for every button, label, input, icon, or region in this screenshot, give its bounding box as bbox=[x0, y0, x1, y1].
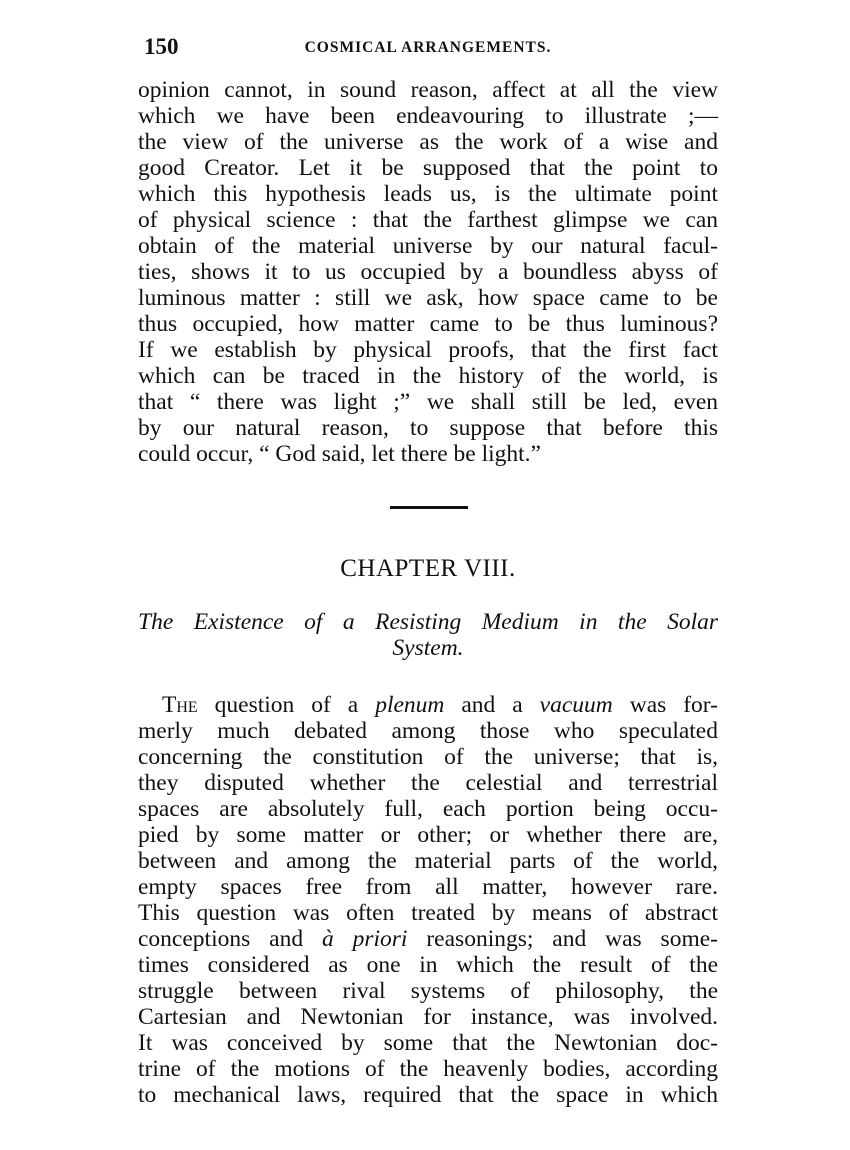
text-line: that “ there was light ;” we shall still… bbox=[138, 389, 718, 415]
text-line: which we have been endeavouring to illus… bbox=[138, 103, 718, 129]
text-line: If we establish by physical proofs, that… bbox=[138, 337, 718, 363]
section-divider-rule bbox=[390, 506, 468, 509]
text-line-first: The question of a plenum and a vacuum wa… bbox=[138, 692, 718, 718]
chapter-subtitle-line-2: System. bbox=[138, 635, 718, 661]
text-line: It was conceived by some that the Newton… bbox=[138, 1030, 718, 1056]
text-line: trine of the motions of the heavenly bod… bbox=[138, 1056, 718, 1082]
text-line: merly much debated among those who specu… bbox=[138, 718, 718, 744]
text-line-apriori: conceptions and à priori reasonings; and… bbox=[138, 926, 718, 952]
text-span: was for- bbox=[613, 692, 718, 718]
italic-term: à priori bbox=[322, 926, 408, 952]
text-span: reasonings; and was some- bbox=[407, 926, 718, 952]
text-line: obtain of the material universe by our n… bbox=[138, 233, 718, 259]
text-span: question of a bbox=[198, 692, 376, 718]
text-line: which this hypothesis leads us, is the u… bbox=[138, 181, 718, 207]
text-line: the view of the universe as the work of … bbox=[138, 129, 718, 155]
text-line: spaces are absolutely full, each portion… bbox=[138, 796, 718, 822]
text-line: pied by some matter or other; or whether… bbox=[138, 822, 718, 848]
text-line: of physical science : that the farthest … bbox=[138, 207, 718, 233]
text-span: conceptions and bbox=[138, 926, 322, 952]
text-line: they disputed whether the celestial and … bbox=[138, 770, 718, 796]
running-title: COSMICAL ARRANGEMENTS. bbox=[138, 39, 718, 57]
text-line: could occur, “ God said, let there be li… bbox=[138, 441, 718, 467]
italic-term: vacuum bbox=[540, 692, 613, 718]
text-line: thus occupied, how matter came to be thu… bbox=[138, 311, 718, 337]
text-line: opinion cannot, in sound reason, affect … bbox=[138, 77, 718, 103]
italic-term: plenum bbox=[375, 692, 444, 718]
text-span: and a bbox=[444, 692, 539, 718]
chapter-title: CHAPTER VIII. bbox=[138, 555, 718, 583]
text-line: by our natural reason, to suppose that b… bbox=[138, 415, 718, 441]
text-line: concerning the constitution of the unive… bbox=[138, 744, 718, 770]
chapter-subtitle-line-1: The Existence of a Resisting Medium in t… bbox=[138, 609, 718, 635]
drop-word: The bbox=[162, 692, 198, 718]
text-line: Cartesian and Newtonian for instance, wa… bbox=[138, 1004, 718, 1030]
text-line: which can be traced in the history of th… bbox=[138, 363, 718, 389]
text-line: struggle between rival systems of philos… bbox=[138, 978, 718, 1004]
running-head: 150 COSMICAL ARRANGEMENTS. bbox=[138, 34, 718, 64]
text-line: luminous matter : still we ask, how spac… bbox=[138, 285, 718, 311]
text-line: times considered as one in which the res… bbox=[138, 952, 718, 978]
text-line: empty spaces free from all matter, howev… bbox=[138, 874, 718, 900]
text-line: to mechanical laws, required that the sp… bbox=[138, 1082, 718, 1108]
text-line: between and among the material parts of … bbox=[138, 848, 718, 874]
text-line: good Creator. Let it be supposed that th… bbox=[138, 155, 718, 181]
text-line: This question was often treated by means… bbox=[138, 900, 718, 926]
text-line: ties, shows it to us occupied by a bound… bbox=[138, 259, 718, 285]
